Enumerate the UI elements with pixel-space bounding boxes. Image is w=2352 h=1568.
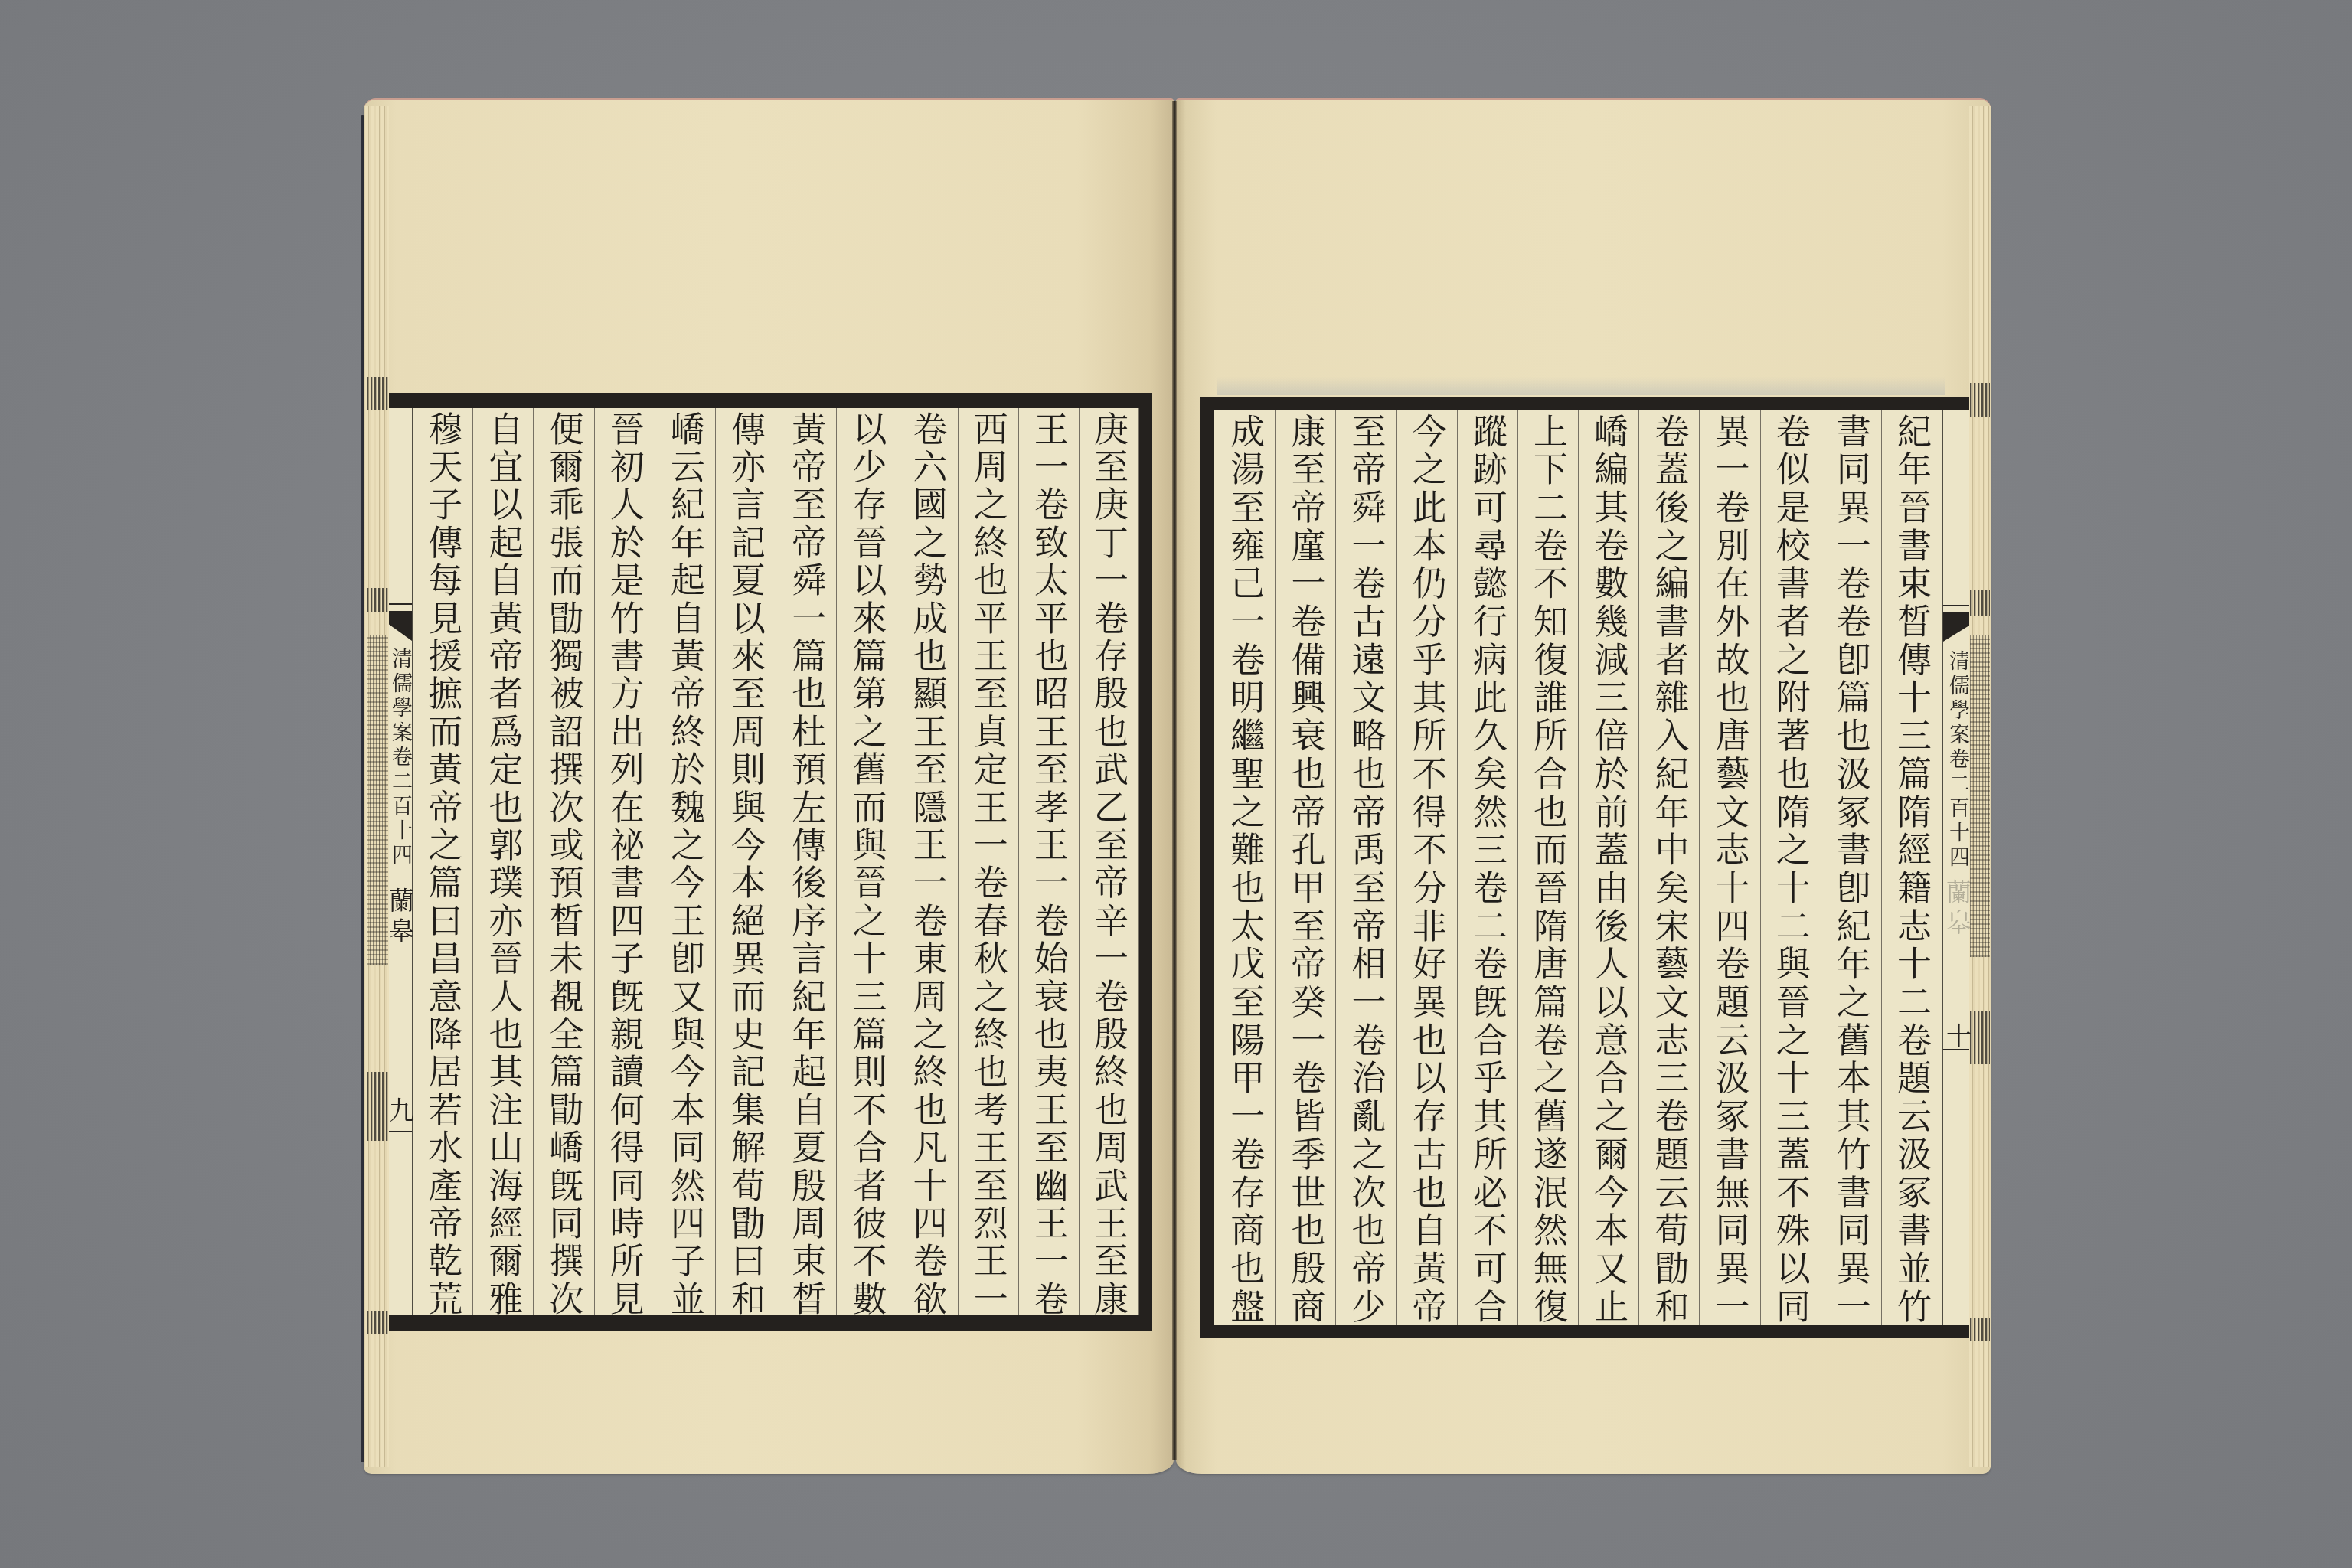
right-edge-ink-top xyxy=(1970,383,1990,416)
banxin-rule xyxy=(389,1131,412,1132)
page-number: 九 xyxy=(389,1097,412,1122)
text-column: 西周之終也平王至貞定王一卷春秋之終也考王至烈王一 xyxy=(958,408,1018,1315)
right-print-frame: 紀年晉書束晳傳十三篇隋經籍志十二卷題云汲冢書並竹 書同異一卷卷卽篇也汲冢書卽紀年… xyxy=(1200,397,1969,1338)
right-banxin: 清儒學案卷二百十四 蘭皋 十 xyxy=(1942,410,1969,1325)
right-edge-ink-base xyxy=(1970,1318,1990,1341)
text-column: 紀年晉書束晳傳十三篇隋經籍志十二卷題云汲冢書並竹 xyxy=(1881,410,1942,1325)
banxin-rule xyxy=(1943,605,1969,606)
text-column: 穆天子傳每見援摭而黃帝之篇曰昌意降居若水產帝乾荒 xyxy=(412,408,472,1315)
text-column: 便爾乖張而勖獨被詔撰次或預晳未覩全篇勖嶠旣同撰次 xyxy=(533,408,593,1315)
banxin-author: 蘭皋 xyxy=(1943,879,1969,940)
text-column: 卷蓋後之編書者雜入紀年中矣宋藝文志三卷題云荀勖和 xyxy=(1638,410,1699,1325)
left-print-frame: 清儒學案卷二百十四 蘭皋 九 庚至庚丁一卷存殷也武乙至帝辛一卷殷終也周武王至康 … xyxy=(389,393,1152,1331)
text-column: 今之此本仍分乎其所不得不分非好異也以存古也自黃帝 xyxy=(1396,410,1457,1325)
left-edge-ink-fishtail xyxy=(367,588,388,612)
text-column: 自宜以起自黃帝者爲定也郭璞亦晉人也其注山海經爾雅 xyxy=(472,408,533,1315)
show-through-ghost xyxy=(1217,377,1945,395)
text-column: 康至帝廑一卷備興衰也帝孔甲至帝癸一卷皆季世也殷商 xyxy=(1275,410,1335,1325)
text-column: 嶠云紀年起自黃帝終於魏之今王卽又與今本同然四子並 xyxy=(655,408,715,1315)
fishtail-icon xyxy=(1943,612,1969,642)
text-column: 書同異一卷卷卽篇也汲冢書卽紀年之舊本其竹書同異一 xyxy=(1821,410,1881,1325)
book-gutter xyxy=(1172,101,1177,1460)
banxin-rule xyxy=(1943,1049,1969,1050)
left-edge-ink-top xyxy=(367,377,388,410)
text-column: 王一卷致太平也昭王至孝王一卷始衰也夷王至幽王一卷 xyxy=(1018,408,1079,1315)
right-edge-ink-title xyxy=(1970,635,1990,957)
text-column: 成湯至雍己一卷明繼聖之難也太戊至陽甲一卷存商也盤 xyxy=(1214,410,1275,1325)
text-column: 以少存晉以來篇第之舊而與晉之十三篇則不合者彼不數 xyxy=(836,408,897,1315)
banxin-title: 清儒學案卷二百十四 xyxy=(1943,650,1969,871)
left-edge-ink-base xyxy=(367,1311,388,1334)
right-edge-ink-fishtail xyxy=(1970,590,1990,616)
text-column: 嶠編其卷數幾減三倍於前蓋由後人以意合之爾今本又止 xyxy=(1578,410,1638,1325)
text-column: 卷六國之勢成也顯王至隱王一卷東周之終也凡十四卷欲 xyxy=(897,408,957,1315)
banxin-author: 蘭皋 xyxy=(389,887,412,949)
right-text-columns: 紀年晉書束晳傳十三篇隋經籍志十二卷題云汲冢書並竹 書同異一卷卷卽篇也汲冢書卽紀年… xyxy=(1214,410,1942,1325)
text-column: 異一卷別在外故也唐藝文志十四卷題云汲冢書無同異一 xyxy=(1699,410,1759,1325)
text-column: 上下二卷不知復誰所合也而晉隋唐篇卷之舊遂泯然無復 xyxy=(1517,410,1578,1325)
fishtail-icon xyxy=(389,611,412,641)
left-text-columns: 庚至庚丁一卷存殷也武乙至帝辛一卷殷終也周武王至康 王一卷致太平也昭王至孝王一卷始… xyxy=(412,408,1139,1315)
text-column: 至帝舜一卷古遠文略也帝禹至帝相一卷治亂之次也帝少 xyxy=(1335,410,1396,1325)
text-column: 傳亦言記夏以來至周則與今本絕異而史記集解荀勖曰和 xyxy=(715,408,776,1315)
page-number: 十 xyxy=(1943,1023,1969,1048)
text-column: 卷似是校書者之附著也隋之十二與晉之十三蓋不殊以同 xyxy=(1760,410,1821,1325)
text-column: 庚至庚丁一卷存殷也武乙至帝辛一卷殷終也周武王至康 xyxy=(1079,408,1139,1315)
banxin-title: 清儒學案卷二百十四 xyxy=(389,648,412,868)
text-column: 蹤跡可尋懿行病此久矣然三卷二卷旣合乎其所必不可合 xyxy=(1457,410,1517,1325)
text-column: 晉初人於是竹書方出列在祕書四子旣親讀何得同時所見 xyxy=(594,408,655,1315)
left-banxin: 清儒學案卷二百十四 蘭皋 九 xyxy=(389,408,412,1315)
text-column: 黃帝至帝舜一篇也杜預左傳後序言紀年起自夏殷周束晳 xyxy=(776,408,836,1315)
right-edge-ink-bottom xyxy=(1970,1011,1990,1064)
banxin-rule xyxy=(389,603,412,605)
